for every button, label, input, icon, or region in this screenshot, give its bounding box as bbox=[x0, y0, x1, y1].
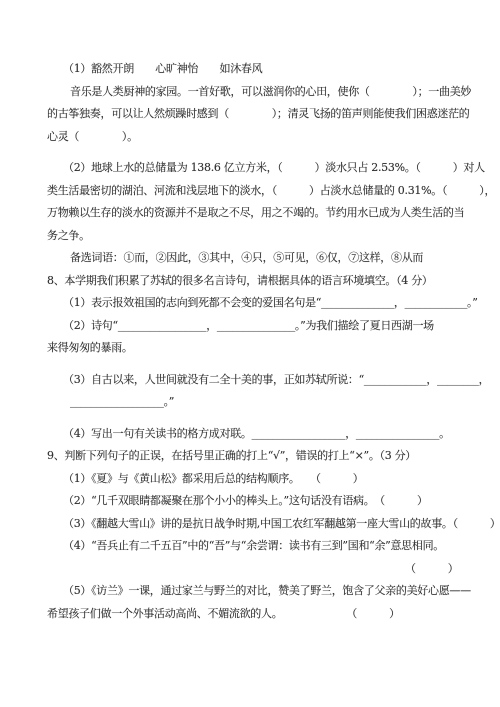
text-line: 万物赖以生存的淡水的资源并不是取之不尽，用之不竭的。节约用水已成为人类生活的当 bbox=[47, 202, 471, 225]
text-line: 希望孩子们做一个外事活动高尚、不媚流欲的人。 （ ） bbox=[47, 603, 471, 626]
text-line: （4）写出一句有关读书的格方成对联。__________________，___… bbox=[47, 423, 471, 446]
text-line: 音乐是人类厨神的家园。一首好歌，可以滋润你的心田，使你（ ）；一曲美妙 bbox=[47, 81, 471, 104]
text-line: 备选词语：①而，②因此，③其中，④只，⑤可见，⑥仅，⑦这样，⑧从而 bbox=[47, 247, 471, 270]
text-line: （1）《夏》与《黄山松》都采用后总的结构顺序。 （ ） bbox=[47, 468, 471, 491]
text-line: （4）“吾兵止有二千五百”中的“吾”与“余尝谓：读书有三到”国和“余”意思相同。 bbox=[47, 535, 471, 558]
text-line: （2）诗句“_________________，_______________。… bbox=[47, 315, 471, 338]
text-line: （5）《访兰》一课，通过家兰与野兰的对比，赞美了野兰，饱含了父亲的美好心愿—— bbox=[47, 580, 471, 603]
text-line: （3）自古以来，人世间就没有二全十美的事，正如苏轼所说：“___________… bbox=[47, 369, 471, 392]
document-text: （1）豁然开朗 心旷神怡 如沐春风音乐是人类厨神的家园。一首好歌，可以滋润你的心… bbox=[47, 58, 471, 625]
text-line: （ ） bbox=[47, 558, 471, 581]
text-line: 8、本学期我们积累了苏轼的很多名言诗句，请根据具体的语言环境填空。（4 分） bbox=[47, 270, 471, 293]
text-line: 心灵（ ）。 bbox=[47, 126, 471, 149]
text-line: （3）《翻越大雪山》讲的是抗日战争时期,中国工农红军翻越第一座大雪山的故事。（ … bbox=[47, 513, 471, 536]
text-line: 来得匆匆的暴雨。 bbox=[47, 337, 471, 360]
text-line: 的古筝独奏，可以让人然烦躁时感到（ ）；清灵飞扬的笛声则能使我们困惑迷茫的 bbox=[47, 103, 471, 126]
text-line: （2）“几千双眼睛都凝聚在那个小小的棒头上。”这句话没有语病。 （ ） bbox=[47, 490, 471, 513]
text-line: 类生活最密切的湖泊、河流和浅层地下的淡水，（ ）占淡水总储量的 0.31%。（ … bbox=[47, 180, 471, 203]
text-line: （2）地球上水的总储量为 138.6 亿立方米，（ ）淡水只占 2.53%。（ … bbox=[47, 157, 471, 180]
text-line: （1）豁然开朗 心旷神怡 如沐春风 bbox=[47, 58, 471, 81]
exam-paper-page: （1）豁然开朗 心旷神怡 如沐春风音乐是人类厨神的家园。一首好歌，可以滋润你的心… bbox=[0, 0, 500, 707]
text-line: 9、判断下列句子的正误，在括号里正确的打上“√”，错误的打上“×”。（3 分） bbox=[47, 445, 471, 468]
text-line: （1）表示报效祖国的志向到死都不会变的爱国名句是“______________，… bbox=[47, 292, 471, 315]
text-line: __________________。” bbox=[47, 391, 471, 414]
text-line: 务之争。 bbox=[47, 225, 471, 248]
